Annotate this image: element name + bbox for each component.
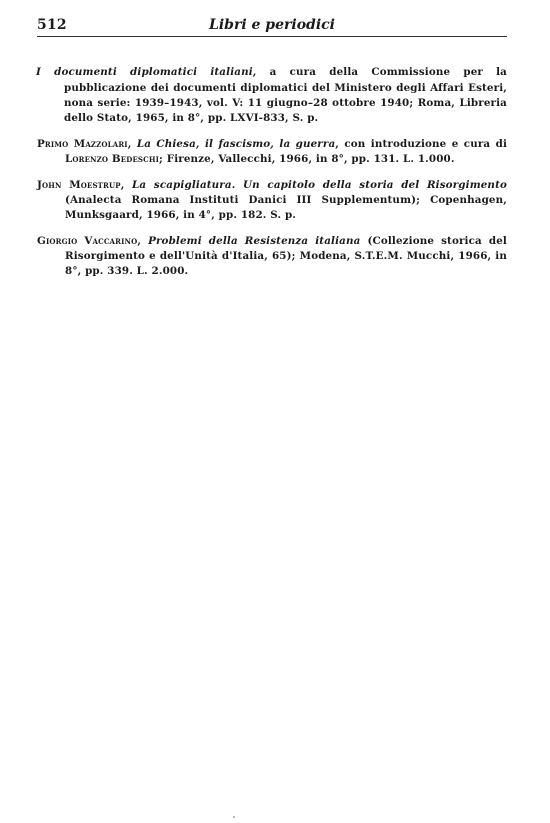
entry-author: Giorgio Vaccarino	[37, 235, 137, 247]
entry-title: I documenti diplomatici italiani	[36, 66, 253, 78]
entry-details: (Analecta Romana Instituti Danici III Su…	[65, 194, 507, 221]
entry-title: La scapigliatura. Un capitolo della stor…	[132, 179, 507, 191]
entry-details: ; Firenze, Vallecchi, 1966, in 8°, pp. 1…	[159, 153, 455, 165]
page-header: 512 Libri e periodici	[37, 17, 507, 35]
entry-editor: Lorenzo Bedeschi	[65, 153, 159, 165]
bibliography-entry: Primo Mazzolari, La Chiesa, il fascismo,…	[37, 137, 507, 168]
bibliography-list: I documenti diplomatici italiani, a cura…	[37, 55, 507, 287]
bibliography-entry: Giorgio Vaccarino, Problemi della Resist…	[37, 234, 507, 280]
running-title: Libri e periodici	[37, 17, 507, 33]
scan-speck	[233, 816, 235, 818]
entry-details: , con introduzione e cura di	[335, 138, 507, 150]
entry-author: Primo Mazzolari	[37, 138, 128, 150]
entry-title: Problemi della Resistenza italiana	[148, 235, 360, 247]
bibliography-entry: I documenti diplomatici italiani, a cura…	[37, 65, 507, 126]
header-rule	[37, 36, 507, 37]
entry-author: John Moestrup	[37, 179, 121, 191]
entry-title: La Chiesa, il fascismo, la guerra	[137, 138, 335, 150]
bibliography-entry: John Moestrup, La scapigliatura. Un capi…	[37, 178, 507, 224]
